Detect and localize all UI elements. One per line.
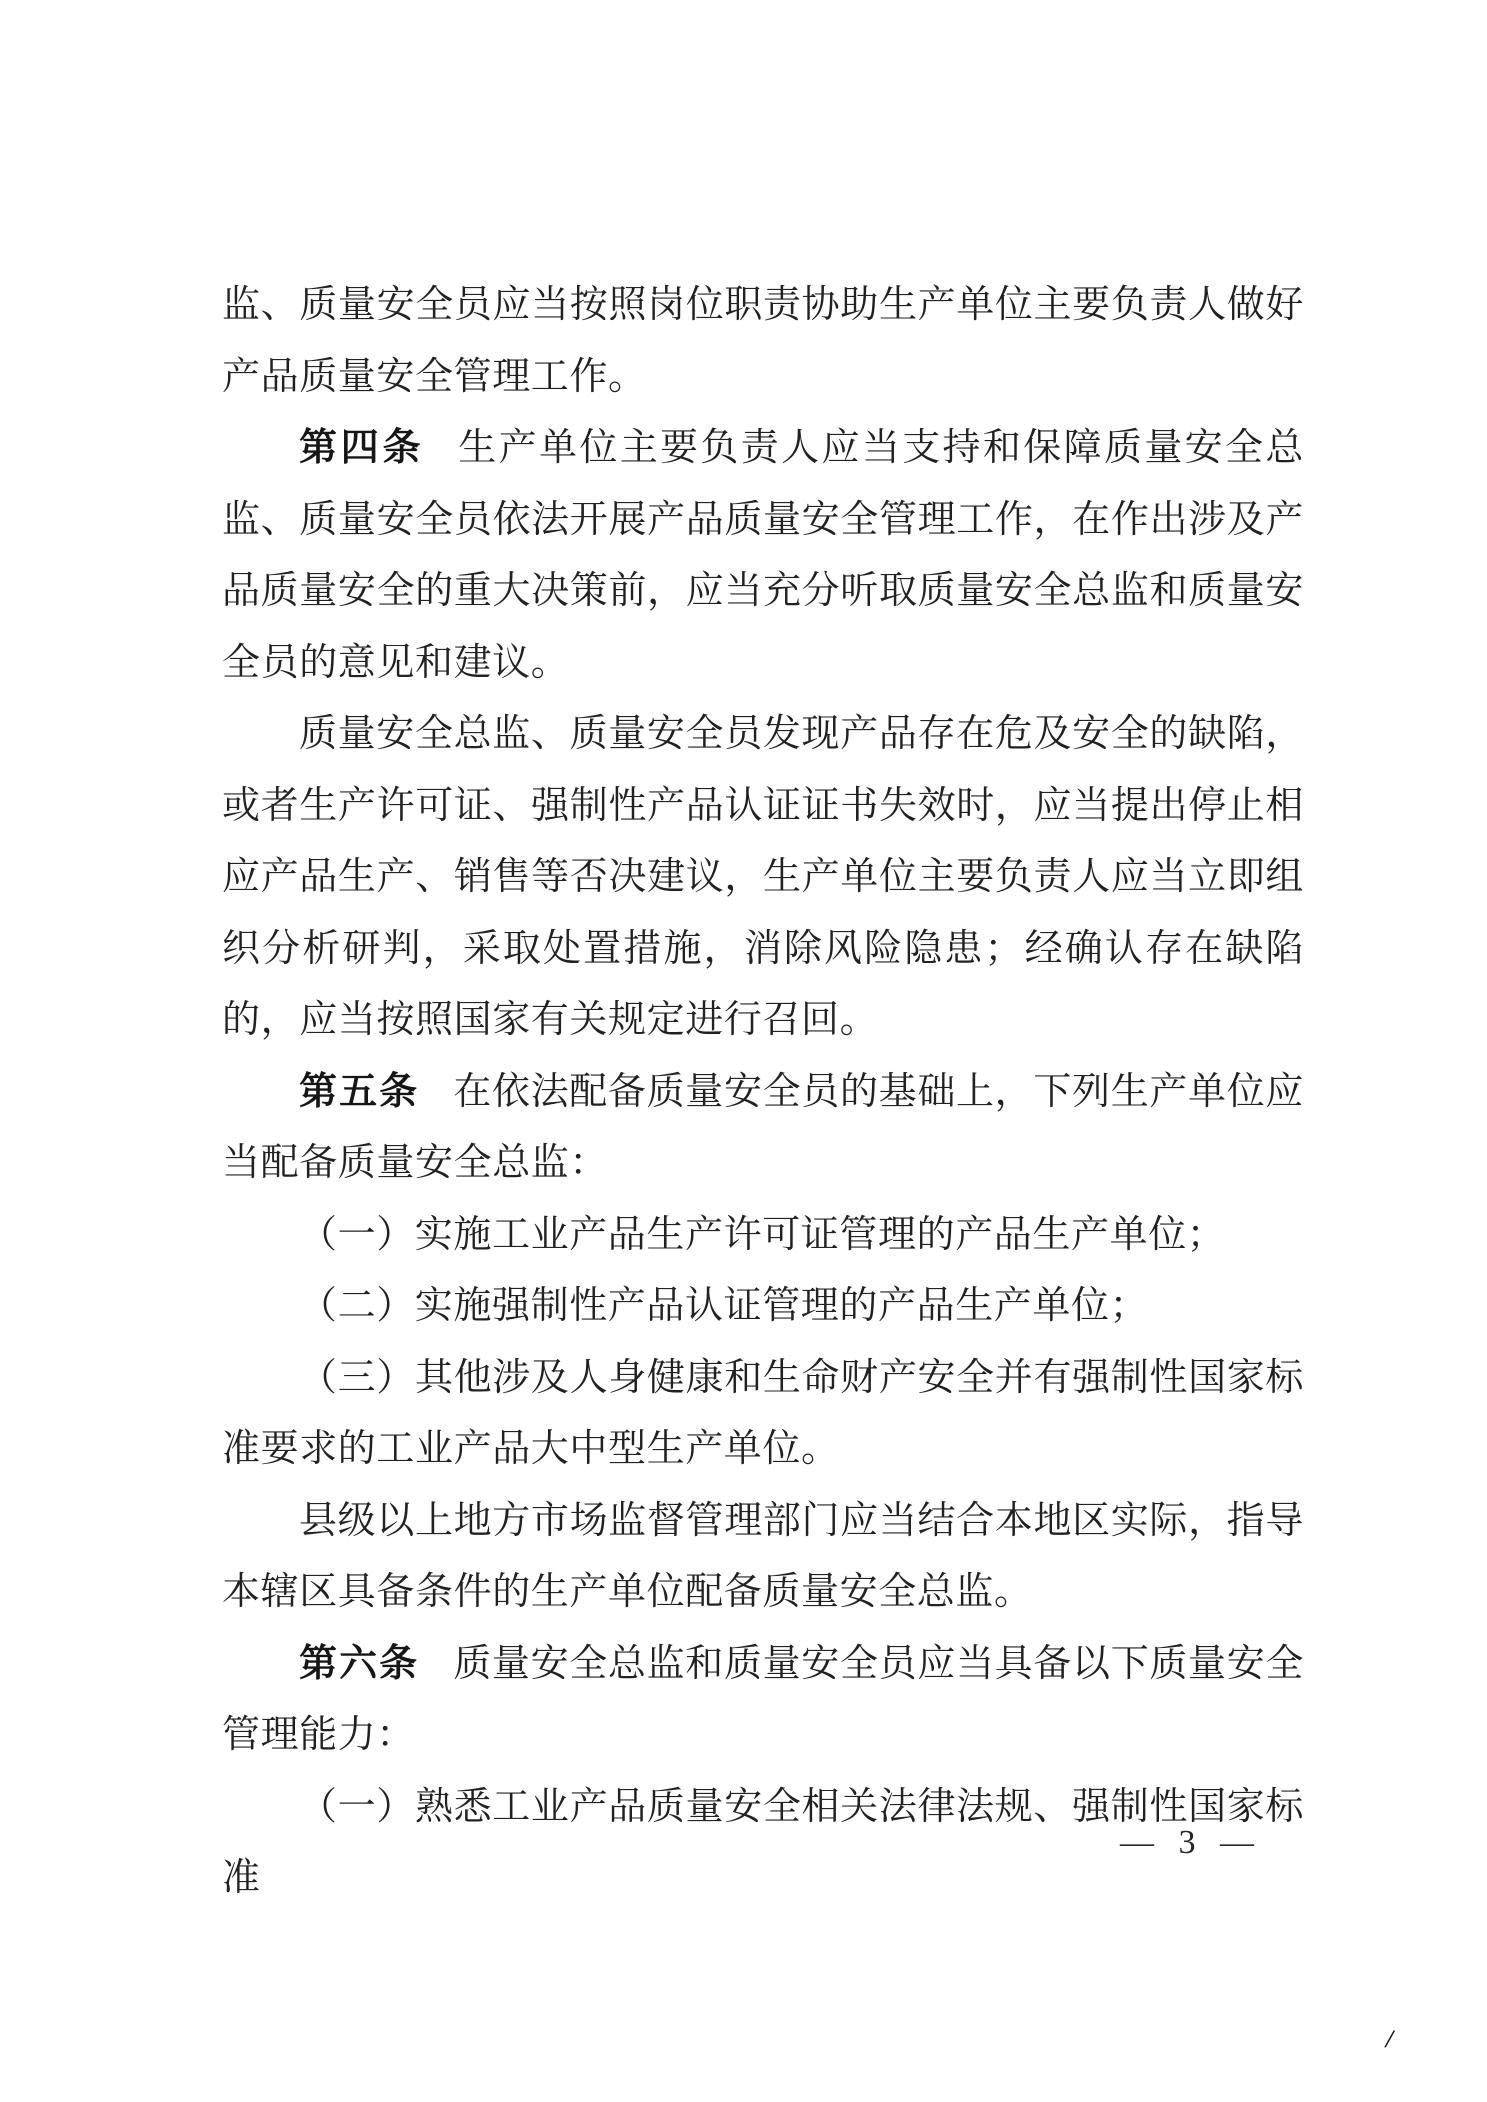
stray-mark: / xyxy=(1383,2026,1396,2054)
paragraph: （二）实施强制性产品认证管理的产品生产单位； xyxy=(222,1271,1304,1343)
paragraph: 第四条生产单位主要负责人应当支持和保障质量安全总监、质量安全员依法开展产品质量安… xyxy=(222,413,1304,699)
paragraph: 第五条在依法配备质量安全员的基础上，下列生产单位应当配备质量安全总监： xyxy=(222,1057,1304,1200)
article-number: 第四条 xyxy=(299,427,424,469)
paragraph-text: 质量安全总监、质量安全员发现产品存在危及安全的缺陷，或者生产许可证、强制性产品认… xyxy=(222,713,1304,1041)
document-body: 监、质量安全员应当按照岗位职责协助生产单位主要负责人做好产品质量安全管理工作。第… xyxy=(222,270,1304,1915)
paragraph-text: 监、质量安全员应当按照岗位职责协助生产单位主要负责人做好产品质量安全管理工作。 xyxy=(222,284,1304,398)
paragraph-text: （二）实施强制性产品认证管理的产品生产单位； xyxy=(299,1285,1148,1327)
paragraph: 第六条质量安全总监和质量安全员应当具备以下质量安全管理能力： xyxy=(222,1629,1304,1772)
document-page: 监、质量安全员应当按照岗位职责协助生产单位主要负责人做好产品质量安全管理工作。第… xyxy=(0,0,1487,2102)
page-number: — 3 — xyxy=(1120,1824,1257,1862)
paragraph: 监、质量安全员应当按照岗位职责协助生产单位主要负责人做好产品质量安全管理工作。 xyxy=(222,270,1304,413)
paragraph-text: （三）其他涉及人身健康和生命财产安全并有强制性国家标准要求的工业产品大中型生产单… xyxy=(222,1357,1304,1471)
article-number: 第六条 xyxy=(299,1643,419,1685)
paragraph: （三）其他涉及人身健康和生命财产安全并有强制性国家标准要求的工业产品大中型生产单… xyxy=(222,1343,1304,1486)
paragraph-text: 县级以上地方市场监督管理部门应当结合本地区实际，指导本辖区具备条件的生产单位配备… xyxy=(222,1500,1304,1614)
paragraph: （一）实施工业产品生产许可证管理的产品生产单位； xyxy=(222,1200,1304,1272)
paragraph: 质量安全总监、质量安全员发现产品存在危及安全的缺陷，或者生产许可证、强制性产品认… xyxy=(222,699,1304,1057)
paragraph-text: （一）实施工业产品生产许可证管理的产品生产单位； xyxy=(299,1214,1225,1256)
article-number: 第五条 xyxy=(299,1071,419,1113)
paragraph: 县级以上地方市场监督管理部门应当结合本地区实际，指导本辖区具备条件的生产单位配备… xyxy=(222,1486,1304,1629)
